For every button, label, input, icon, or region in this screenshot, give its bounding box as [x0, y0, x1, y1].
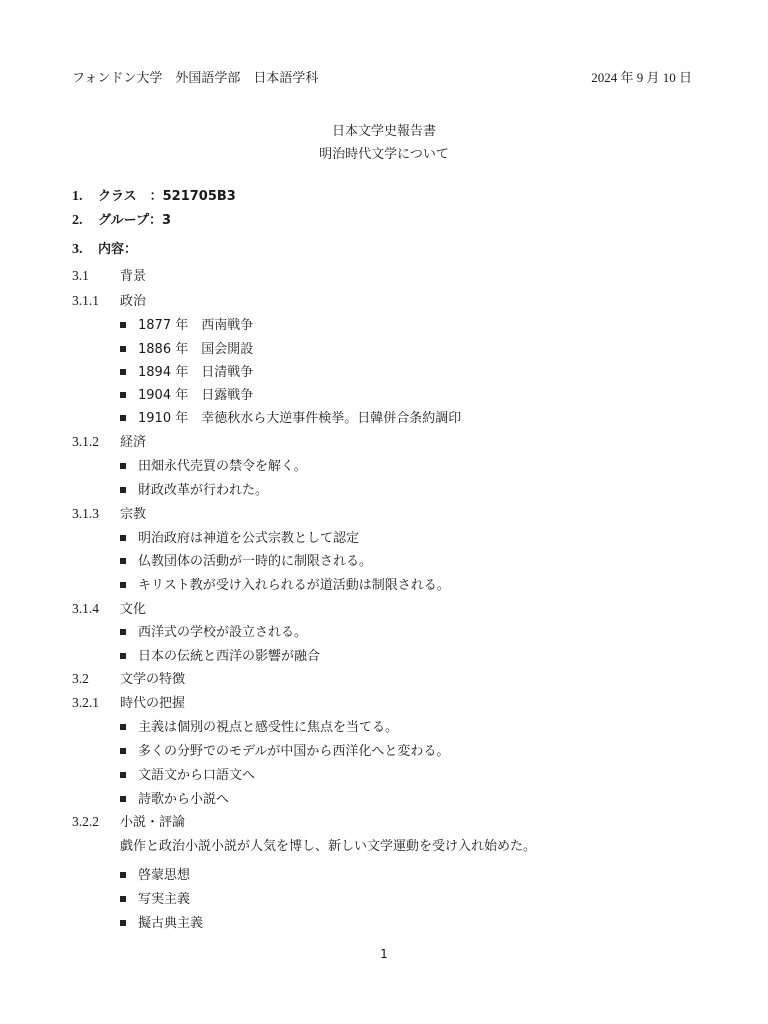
page-number: 1 — [0, 947, 768, 961]
list-item: 明治政府は神道を公式宗教として認定 — [120, 527, 359, 546]
list-item: 仏教団体の活動が一時的に制限される。 — [120, 550, 372, 569]
bullet-icon — [120, 463, 126, 469]
bullet-icon — [120, 487, 126, 493]
bullet-icon — [120, 920, 126, 926]
list-item: 西洋式の学校が設立される。 — [120, 621, 307, 640]
info-class-num: 1. — [72, 189, 94, 205]
info-group-num: 2. — [72, 213, 94, 229]
section-3-1-heading: 3.1背景 — [72, 265, 146, 284]
bullet-icon — [120, 369, 126, 375]
bullet-icon — [120, 748, 126, 754]
header-date: 2024 年 9 月 10 日 — [591, 67, 692, 86]
list-item: 擬古典主義 — [120, 912, 203, 931]
section-3-2-heading: 3.2文学の特徴 — [72, 668, 185, 687]
info-content-text: 内容： — [98, 242, 137, 257]
bullet-icon — [120, 896, 126, 902]
list-item: 主義は個別の視点と感受性に焦点を当てる。 — [120, 716, 398, 735]
info-content-num: 3. — [72, 242, 94, 258]
list-item: 1877 年 西南戦争 — [120, 314, 253, 333]
info-group-text: グループ：3 — [98, 213, 171, 228]
list-item: 多くの分野でのモデルが中国から西洋化へと変わる。 — [120, 740, 449, 759]
list-item: 1894 年 日清戦争 — [120, 361, 253, 380]
section-3-2-2-heading: 3.2.2小説・評論 — [72, 811, 185, 830]
bullet-icon — [120, 415, 126, 421]
section-3-1-3-heading: 3.1.3宗教 — [72, 503, 146, 522]
info-content: 3.内容： — [72, 238, 137, 258]
bullet-icon — [120, 872, 126, 878]
section-3-1-1-heading: 3.1.1政治 — [72, 290, 146, 309]
list-item: 啓蒙思想 — [120, 864, 190, 883]
report-subtitle: 明治時代文学について — [0, 143, 768, 162]
list-item: 文語文から口語文へ — [120, 764, 255, 783]
bullet-icon — [120, 346, 126, 352]
list-item: 財政改革が行われた。 — [120, 479, 268, 498]
list-item: 1910 年 幸徳秋水ら大逆事件検挙。日韓併合条約調印 — [120, 407, 461, 426]
list-item: 日本の伝統と西洋の影響が融合 — [120, 645, 320, 664]
list-item: 田畑永代売買の禁令を解く。 — [120, 455, 307, 474]
list-item: 写実主義 — [120, 888, 190, 907]
bullet-icon — [120, 582, 126, 588]
bullet-icon — [120, 796, 126, 802]
bullet-icon — [120, 653, 126, 659]
section-3-1-2-heading: 3.1.2経済 — [72, 431, 146, 450]
report-title: 日本文学史報告書 — [0, 120, 768, 139]
bullet-icon — [120, 322, 126, 328]
list-item: キリスト教が受け入れられるが道活動は制限される。 — [120, 574, 450, 593]
list-item: 詩歌から小説へ — [120, 788, 229, 807]
bullet-icon — [120, 629, 126, 635]
section-3-2-2-paragraph: 戯作と政治小説小説が人気を博し、新しい文学運動を受け入れ始めた。 — [120, 835, 536, 854]
info-class: 1.クラス ：521705B3 — [72, 185, 236, 205]
bullet-icon — [120, 392, 126, 398]
header-affiliation: フォンドン大学 外国語学部 日本語学科 — [72, 67, 318, 86]
list-item: 1904 年 日露戦争 — [120, 384, 253, 403]
section-3-2-1-heading: 3.2.1時代の把握 — [72, 692, 185, 711]
document-page: フォンドン大学 外国語学部 日本語学科 2024 年 9 月 10 日 日本文学… — [0, 0, 768, 1024]
info-class-text: クラス ：521705B3 — [98, 189, 236, 204]
section-3-1-4-heading: 3.1.4文化 — [72, 598, 146, 617]
bullet-icon — [120, 724, 126, 730]
list-item: 1886 年 国会開設 — [120, 338, 253, 357]
info-group: 2.グループ：3 — [72, 209, 171, 229]
bullet-icon — [120, 535, 126, 541]
bullet-icon — [120, 772, 126, 778]
bullet-icon — [120, 558, 126, 564]
